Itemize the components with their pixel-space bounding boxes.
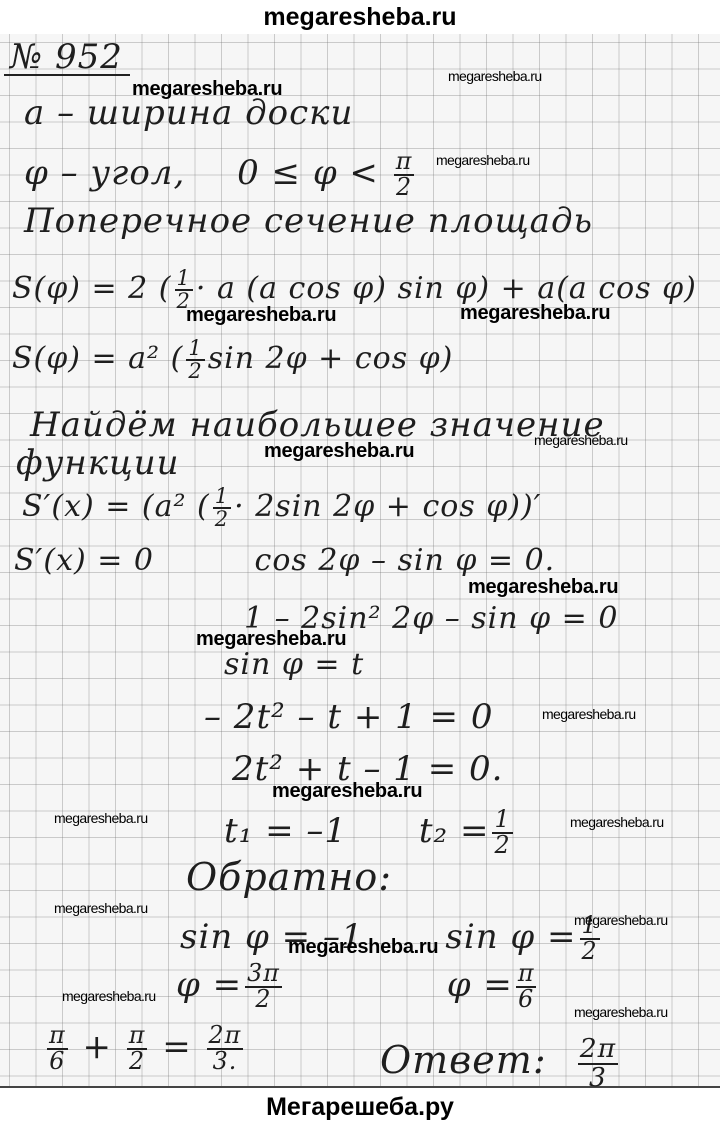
answer-label: Ответ: bbox=[380, 1038, 547, 1082]
watermark: megaresheba.ru bbox=[264, 440, 414, 463]
watermark: megaresheba.ru bbox=[186, 304, 336, 327]
line-angle-values: φ =3π2 φ =π6 bbox=[176, 962, 539, 1012]
watermark: megaresheba.ru bbox=[436, 152, 530, 168]
line-cross-section: Поперечное сечение площадь bbox=[24, 204, 593, 238]
line-roots: t₁ = –1 t₂ =12 bbox=[224, 808, 516, 858]
watermark: megaresheba.ru bbox=[534, 432, 628, 448]
watermark: megaresheba.ru bbox=[196, 628, 346, 651]
line-substitution: sin φ = t bbox=[224, 650, 364, 680]
site-name-cyrillic: Мегарешеба.ру bbox=[266, 1093, 454, 1122]
line-function: функции bbox=[16, 446, 180, 480]
site-name: megaresheba.ru bbox=[263, 3, 456, 32]
angle-inequality: 0 ≤ φ < bbox=[237, 153, 379, 193]
fraction: π2 bbox=[394, 150, 415, 200]
watermark: megaresheba.ru bbox=[460, 302, 610, 325]
line-quadratic-1: – 2t² – t + 1 = 0 bbox=[204, 700, 493, 734]
angle-label: φ – угол, bbox=[24, 153, 185, 193]
watermark: megaresheba.ru bbox=[288, 936, 438, 959]
line-reverse: Обратно: bbox=[186, 858, 392, 896]
answer: Ответ: 2π3 bbox=[380, 1036, 621, 1091]
line-board-width: a – ширина доски bbox=[24, 96, 353, 130]
watermark: megaresheba.ru bbox=[448, 68, 542, 84]
problem-number: № 952 bbox=[10, 40, 123, 74]
line-angle: φ – угол, 0 ≤ φ < π2 bbox=[24, 150, 417, 200]
problem-number-underline bbox=[4, 74, 130, 76]
site-footer: Мегарешеба.ру bbox=[0, 1086, 720, 1128]
watermark: megaresheba.ru bbox=[574, 1004, 668, 1020]
watermark: megaresheba.ru bbox=[468, 576, 618, 599]
watermark: megaresheba.ru bbox=[62, 988, 156, 1004]
line-derivative-zero: S′(x) = 0 cos 2φ – sin φ = 0. bbox=[14, 546, 555, 576]
watermark: megaresheba.ru bbox=[570, 814, 664, 830]
site-header: megaresheba.ru bbox=[0, 0, 720, 34]
line-find-max: Найдём наибольшее значение bbox=[30, 408, 605, 442]
answer-value: 2π3 bbox=[578, 1036, 618, 1091]
watermark: megaresheba.ru bbox=[54, 810, 148, 826]
watermark: megaresheba.ru bbox=[132, 78, 282, 101]
watermark: megaresheba.ru bbox=[54, 900, 148, 916]
line-derivative: S′(x) = (a² (12· 2sin 2φ + cos φ))′ bbox=[22, 486, 541, 530]
watermark: megaresheba.ru bbox=[272, 780, 422, 803]
line-sum: π6 + π2 = 2π3. bbox=[44, 1024, 246, 1074]
watermark: megaresheba.ru bbox=[574, 912, 668, 928]
watermark: megaresheba.ru bbox=[542, 706, 636, 722]
line-area-simplified: S(φ) = a² (12sin 2φ + cos φ) bbox=[12, 338, 453, 382]
